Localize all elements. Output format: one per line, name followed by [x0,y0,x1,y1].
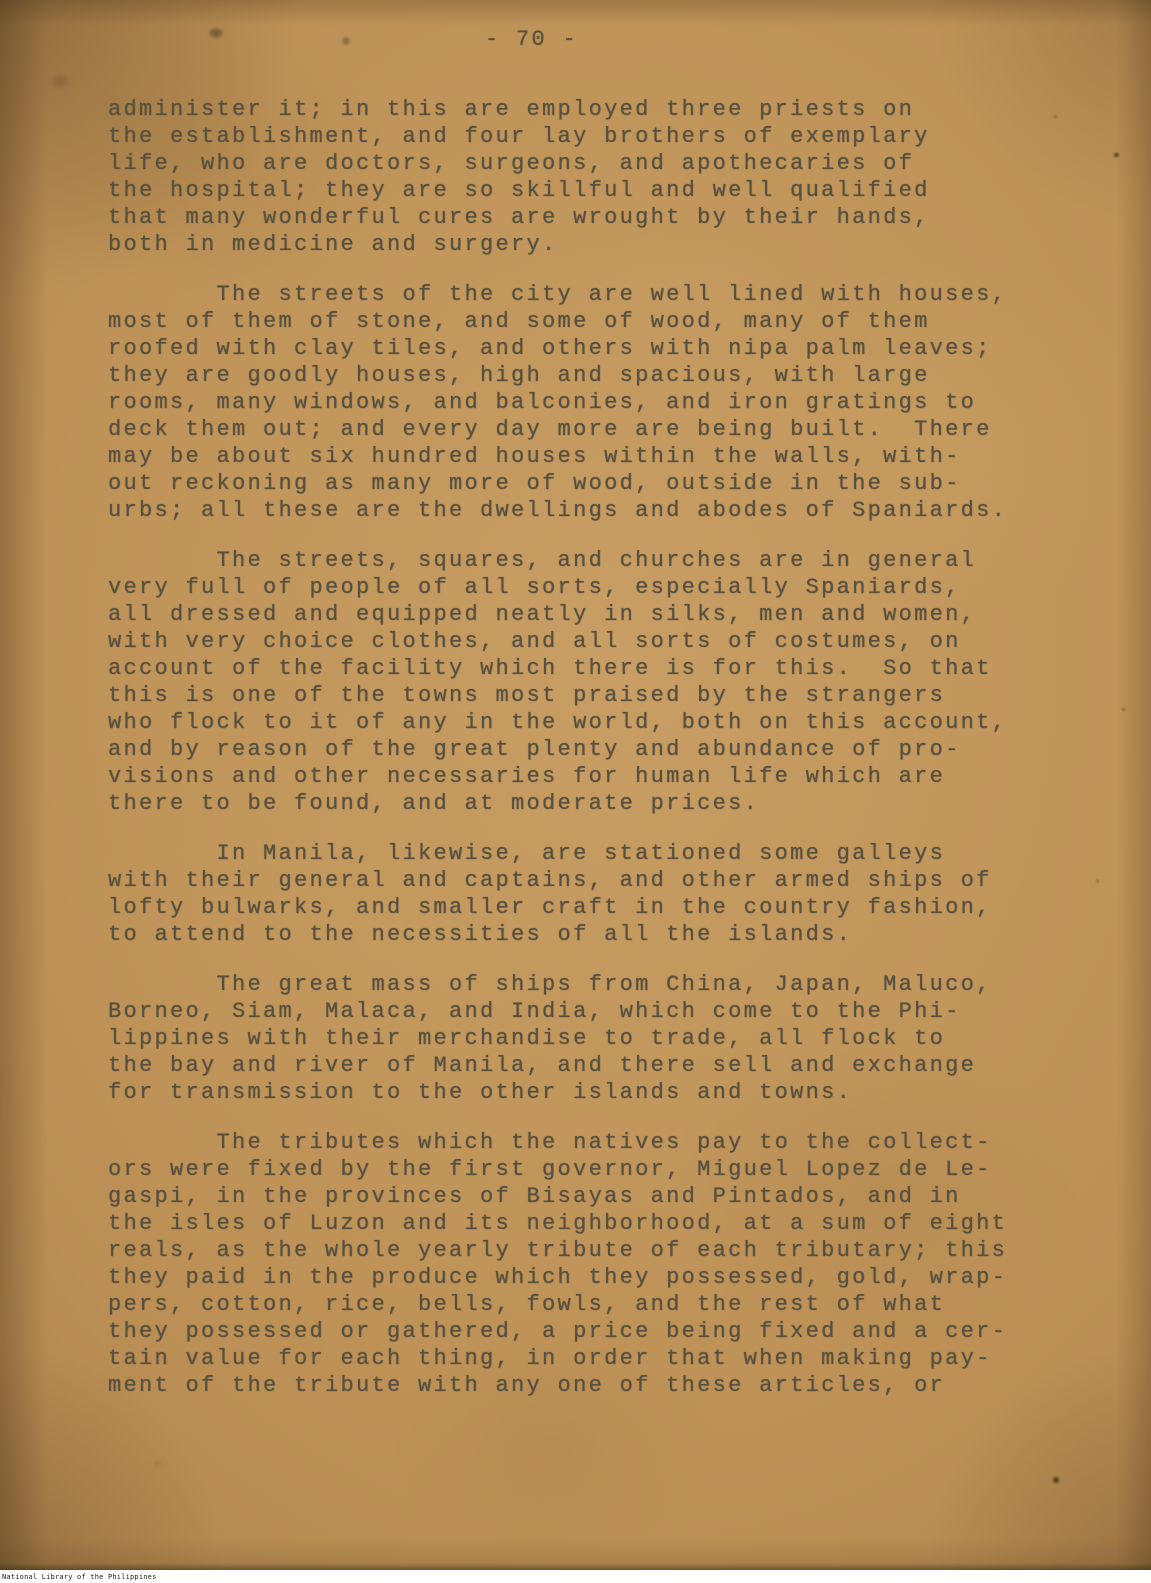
paper-background: - 70 - administer it; in this are employ… [0,0,1151,1570]
ink-speck [1053,114,1058,119]
paragraph-tributes: The tributes which the natives pay to th… [108,1129,1007,1399]
paper-stain [50,74,70,89]
ink-speck [1121,707,1126,712]
watermark-bar: National Library of the Philippines [0,1570,1151,1583]
paragraph-ships: The great mass of ships from China, Japa… [108,971,1007,1106]
typewritten-text: administer it; in this are employed thre… [108,96,1007,1399]
paragraph-streets-houses: The streets of the city are well lined w… [108,281,1007,524]
ink-speck [1095,878,1100,884]
watermark-text: National Library of the Philippines [2,1573,157,1582]
ink-speck [1113,152,1120,158]
paragraph-hospital: administer it; in this are employed thre… [108,96,1007,258]
paragraph-galleys: In Manila, likewise, are stationed some … [108,840,1007,948]
paper-stain [152,1460,163,1467]
scanned-document-page: - 70 - administer it; in this are employ… [0,0,1151,1583]
ink-speck [1052,1476,1060,1484]
page-number: - 70 - [0,27,1107,52]
paragraph-people: The streets, squares, and churches are i… [108,547,1007,817]
